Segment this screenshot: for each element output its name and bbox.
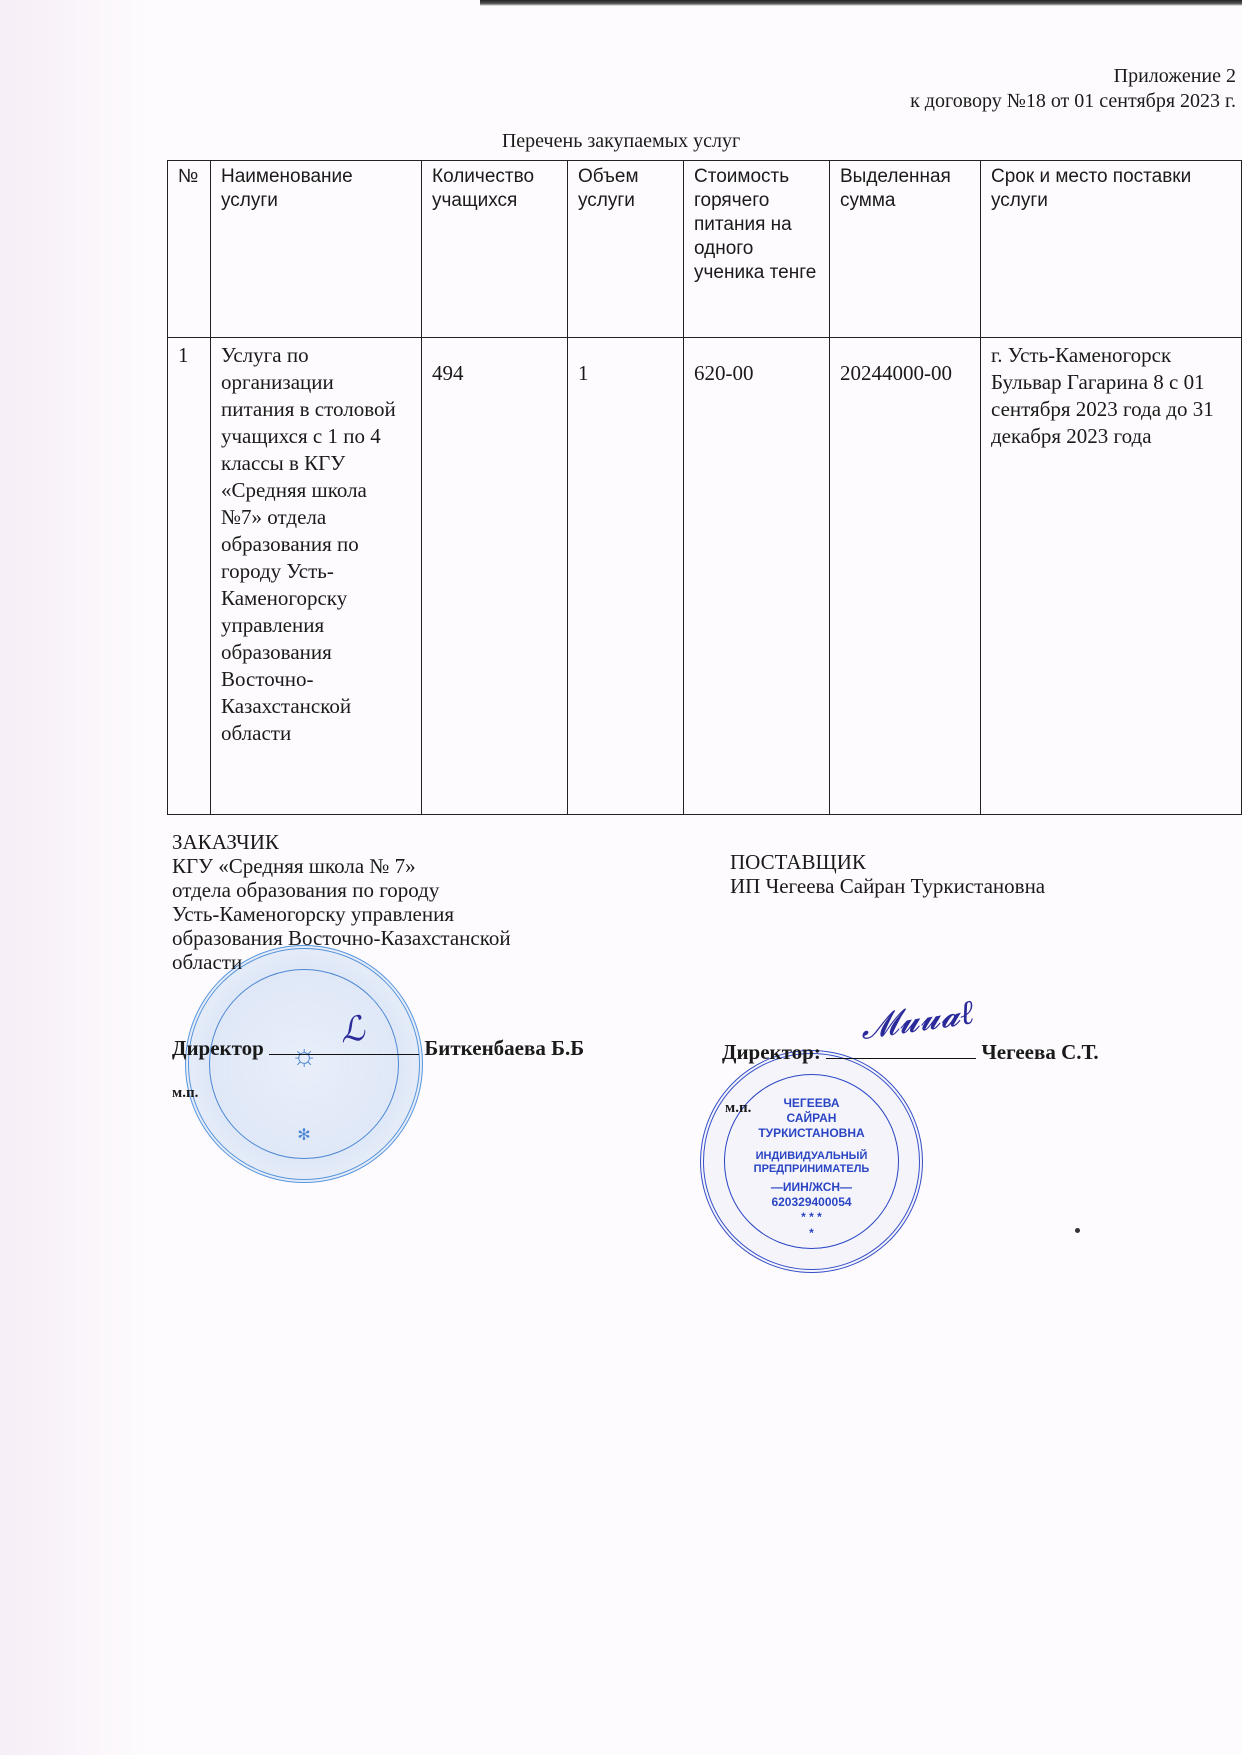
- customer-handwritten-signature: ℒ: [337, 1008, 367, 1051]
- flower-icon: ✻: [189, 1129, 419, 1143]
- customer-org-line4: образования Восточно-Казахстанской: [172, 926, 592, 950]
- customer-org-line1: КГУ «Средняя школа № 7»: [172, 854, 592, 878]
- supplier-signature-line: Директор: Чегеева С.Т.: [722, 1040, 1099, 1065]
- header-volume: Объем услуги: [568, 161, 684, 338]
- customer-stamp: ☼ ✻: [185, 945, 423, 1183]
- customer-signer-name: Биткенбаева Б.Б: [424, 1036, 584, 1060]
- scan-tint: [0, 0, 150, 1755]
- table-header-row: № Наименование услуги Количество учащихс…: [168, 161, 1242, 338]
- stamp-id-label: —ИИН/ЖСН—: [704, 1180, 919, 1194]
- customer-org-line2: отдела образования по городу: [172, 878, 592, 902]
- cell-number: 1: [168, 338, 211, 815]
- contract-reference: к договору №18 от 01 сентября 2023 г.: [910, 89, 1236, 114]
- cell-price: 620-00: [684, 338, 830, 815]
- customer-role: ЗАКАЗЧИК: [172, 830, 592, 854]
- header-price: Стоимость горячего питания на одного уче…: [684, 161, 830, 338]
- stamp-stars: * * *: [704, 1210, 919, 1224]
- stamp-type1: ИНДИВИДУАЛЬНЫЙ: [704, 1149, 919, 1163]
- customer-block: ЗАКАЗЧИК КГУ «Средняя школа № 7» отдела …: [172, 830, 592, 974]
- header-location: Срок и место поставки услуги: [981, 161, 1242, 338]
- appendix-header: Приложение 2 к договору №18 от 01 сентяб…: [910, 64, 1236, 114]
- stamp-star: *: [704, 1226, 919, 1240]
- supplier-seal-label: м.п.: [725, 1100, 751, 1117]
- supplier-block: ПОСТАВЩИК ИП Чегеева Сайран Туркистановн…: [730, 850, 1150, 898]
- supplier-org-line1: ИП Чегеева Сайран Туркистановна: [730, 874, 1150, 898]
- customer-org-line5: области: [172, 950, 592, 974]
- customer-signature-line: Директор Биткенбаева Б.Б: [172, 1036, 584, 1061]
- customer-signer-title: Директор: [172, 1036, 264, 1060]
- stamp-id-value: 620329400054: [704, 1195, 919, 1209]
- customer-org-line3: Усть-Каменогорску управления: [172, 902, 592, 926]
- cell-volume: 1: [568, 338, 684, 815]
- cell-service-name: Услуга по организации питания в столовой…: [211, 338, 422, 815]
- supplier-stamp: ЧЕГЕЕВА САЙРАН ТУРКИСТАНОВНА ИНДИВИДУАЛЬ…: [700, 1050, 923, 1273]
- header-service-name: Наименование услуги: [211, 161, 422, 338]
- stamp-name3: ТУРКИСТАНОВНА: [704, 1126, 919, 1140]
- cell-location: г. Усть-Каменогорск Бульвар Гагарина 8 с…: [981, 338, 1242, 815]
- supplier-signer-title: Директор:: [722, 1040, 821, 1064]
- services-table: № Наименование услуги Количество учащихс…: [167, 160, 1242, 815]
- document-title: Перечень закупаемых услуг: [0, 130, 1242, 153]
- customer-signature-blank: [269, 1054, 419, 1055]
- header-amount: Выделенная сумма: [830, 161, 981, 338]
- customer-seal-label: м.п.: [172, 1085, 198, 1102]
- header-students: Количество учащихся: [422, 161, 568, 338]
- supplier-role: ПОСТАВЩИК: [730, 850, 1150, 874]
- cell-students: 494: [422, 338, 568, 815]
- scan-edge: [480, 0, 1242, 6]
- table-row: 1 Услуга по организации питания в столов…: [168, 338, 1242, 815]
- supplier-signature-blank: [826, 1058, 976, 1059]
- header-number: №: [168, 161, 211, 338]
- cell-amount: 20244000-00: [830, 338, 981, 815]
- scan-speck: [1075, 1228, 1080, 1233]
- stamp-type2: ПРЕДПРИНИМАТЕЛЬ: [704, 1162, 919, 1176]
- supplier-signer-name: Чегеева С.Т.: [981, 1040, 1098, 1064]
- appendix-number: Приложение 2: [910, 64, 1236, 89]
